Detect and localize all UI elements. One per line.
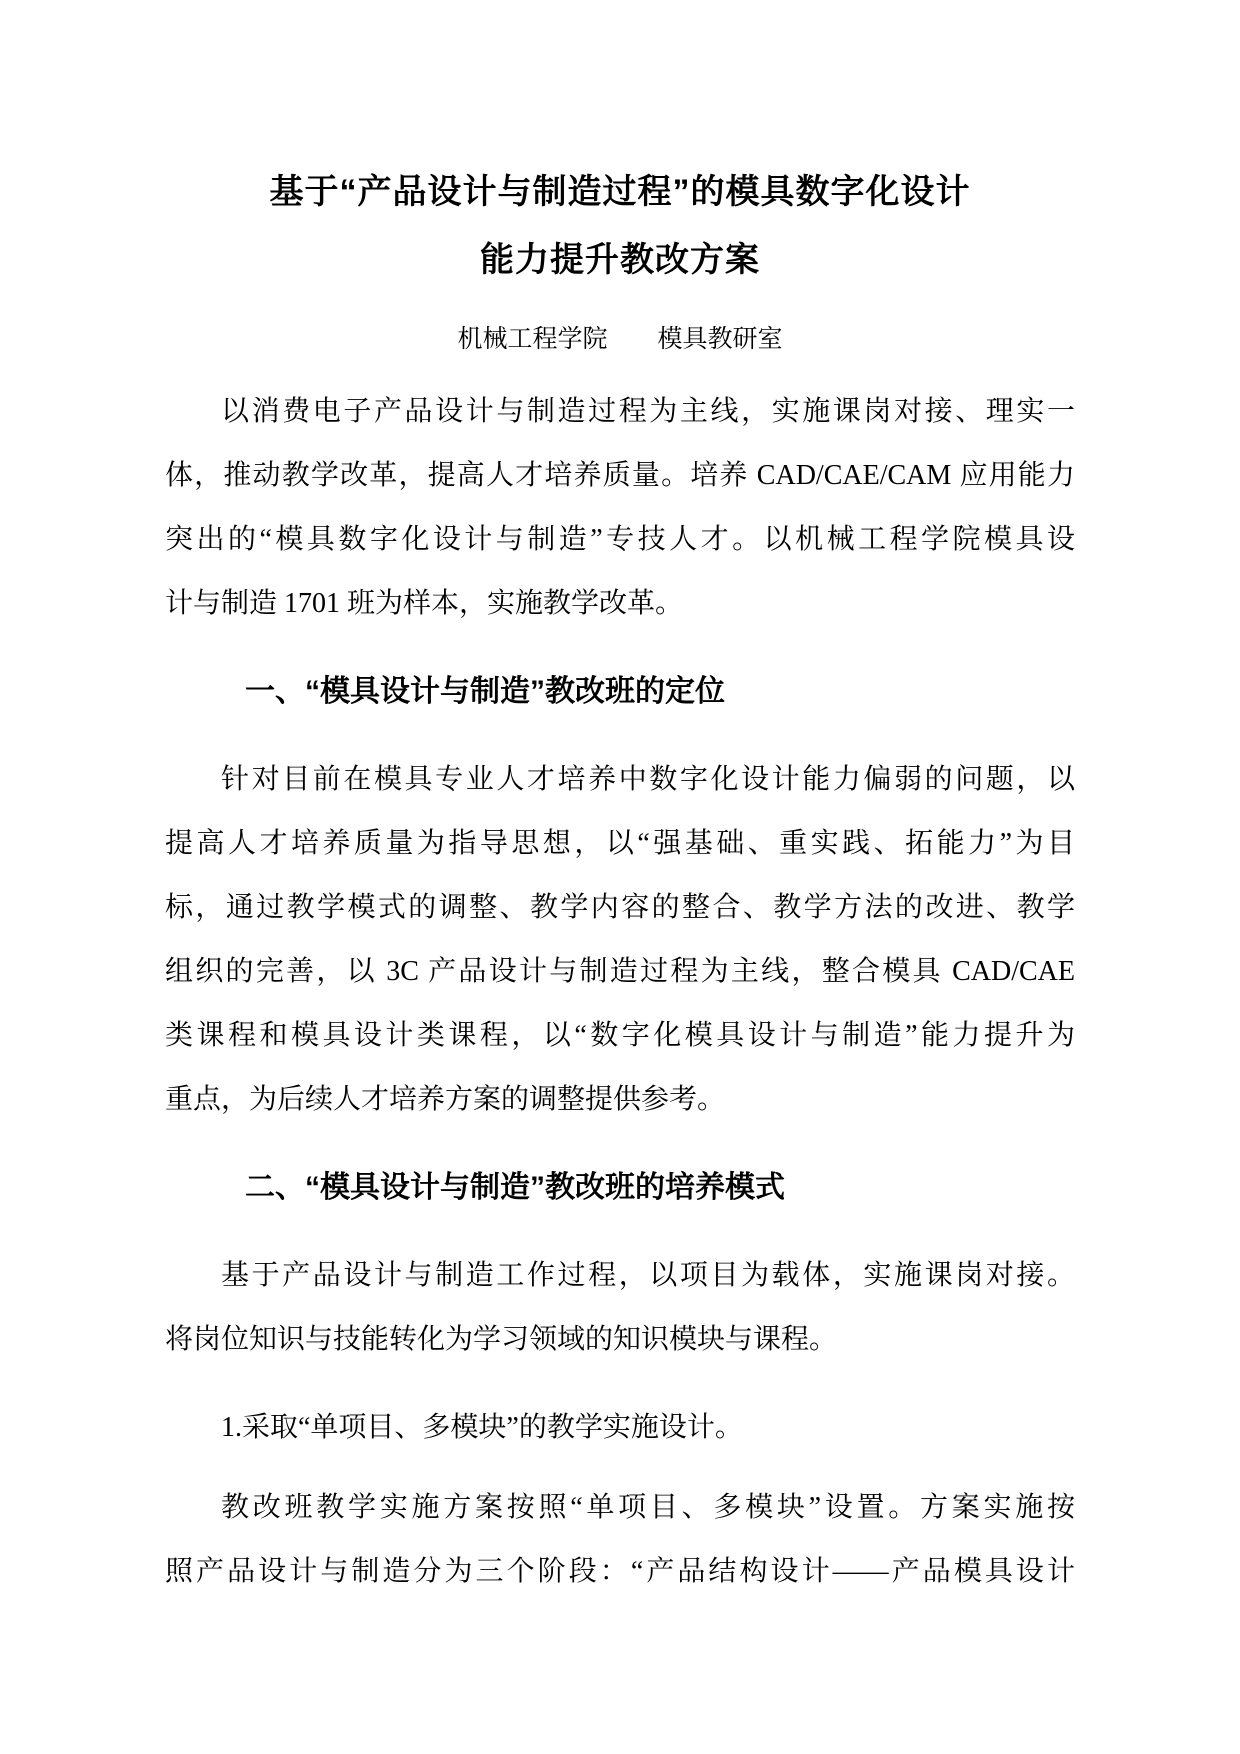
document-page: 基于“产品设计与制造过程”的模具数字化设计 能力提升教改方案 机械工程学院 模具… [0, 0, 1240, 1754]
text-line: 体，推动教学改革，提高人才培养质量。培养 CAD/CAE/CAM 应用能力 [165, 444, 1075, 508]
list-item-1: 1.采取“单项目、多模块”的教学实施设计。 [165, 1396, 1075, 1460]
text-line: 提高人才培养质量为指导思想，以“强基础、重实践、拓能力”为目 [165, 812, 1075, 876]
title-line-2: 能力提升教改方案 [165, 226, 1075, 294]
text-line: 照产品设计与制造分为三个阶段：“产品结构设计——产品模具设计 [165, 1540, 1075, 1604]
paragraph-training-mode: 基于产品设计与制造工作过程，以项目为载体，实施课岗对接。将岗位知识与技能转化为学… [165, 1244, 1075, 1372]
text-line: 1.采取“单项目、多模块”的教学实施设计。 [165, 1396, 1075, 1460]
text-line: 类课程和模具设计类课程，以“数字化模具设计与制造”能力提升为 [165, 1004, 1075, 1068]
paragraph-intro: 以消费电子产品设计与制造过程为主线，实施课岗对接、理实一体，推动教学改革，提高人… [165, 380, 1075, 636]
title-line-1: 基于“产品设计与制造过程”的模具数字化设计 [165, 158, 1075, 226]
paragraph-positioning: 针对目前在模具专业人才培养中数字化设计能力偏弱的问题，以提高人才培养质量为指导思… [165, 748, 1075, 1132]
section-heading-2: 二、“模具设计与制造”教改班的培养模式 [165, 1156, 1075, 1220]
text-line: 计与制造 1701 班为样本，实施教学改革。 [165, 572, 1075, 636]
text-line: 基于产品设计与制造工作过程，以项目为载体，实施课岗对接。 [165, 1244, 1075, 1308]
text-line: 以消费电子产品设计与制造过程为主线，实施课岗对接、理实一 [165, 380, 1075, 444]
text-line: 将岗位知识与技能转化为学习领域的知识模块与课程。 [165, 1308, 1075, 1372]
text-line: 组织的完善，以 3C 产品设计与制造过程为主线，整合模具 CAD/CAE [165, 940, 1075, 1004]
section-heading-1: 一、“模具设计与制造”教改班的定位 [165, 660, 1075, 724]
document-title: 基于“产品设计与制造过程”的模具数字化设计 能力提升教改方案 [165, 158, 1075, 294]
byline: 机械工程学院 模具教研室 [165, 320, 1075, 360]
paragraph-implementation: 教改班教学实施方案按照“单项目、多模块”设置。方案实施按照产品设计与制造分为三个… [165, 1476, 1075, 1604]
text-line: 针对目前在模具专业人才培养中数字化设计能力偏弱的问题，以 [165, 748, 1075, 812]
text-line: 重点，为后续人才培养方案的调整提供参考。 [165, 1068, 1075, 1132]
text-line: 标，通过教学模式的调整、教学内容的整合、教学方法的改进、教学 [165, 876, 1075, 940]
text-line: 突出的“模具数字化设计与制造”专技人才。以机械工程学院模具设 [165, 508, 1075, 572]
document-body: 以消费电子产品设计与制造过程为主线，实施课岗对接、理实一体，推动教学改革，提高人… [165, 380, 1075, 1604]
text-line: 教改班教学实施方案按照“单项目、多模块”设置。方案实施按 [165, 1476, 1075, 1540]
